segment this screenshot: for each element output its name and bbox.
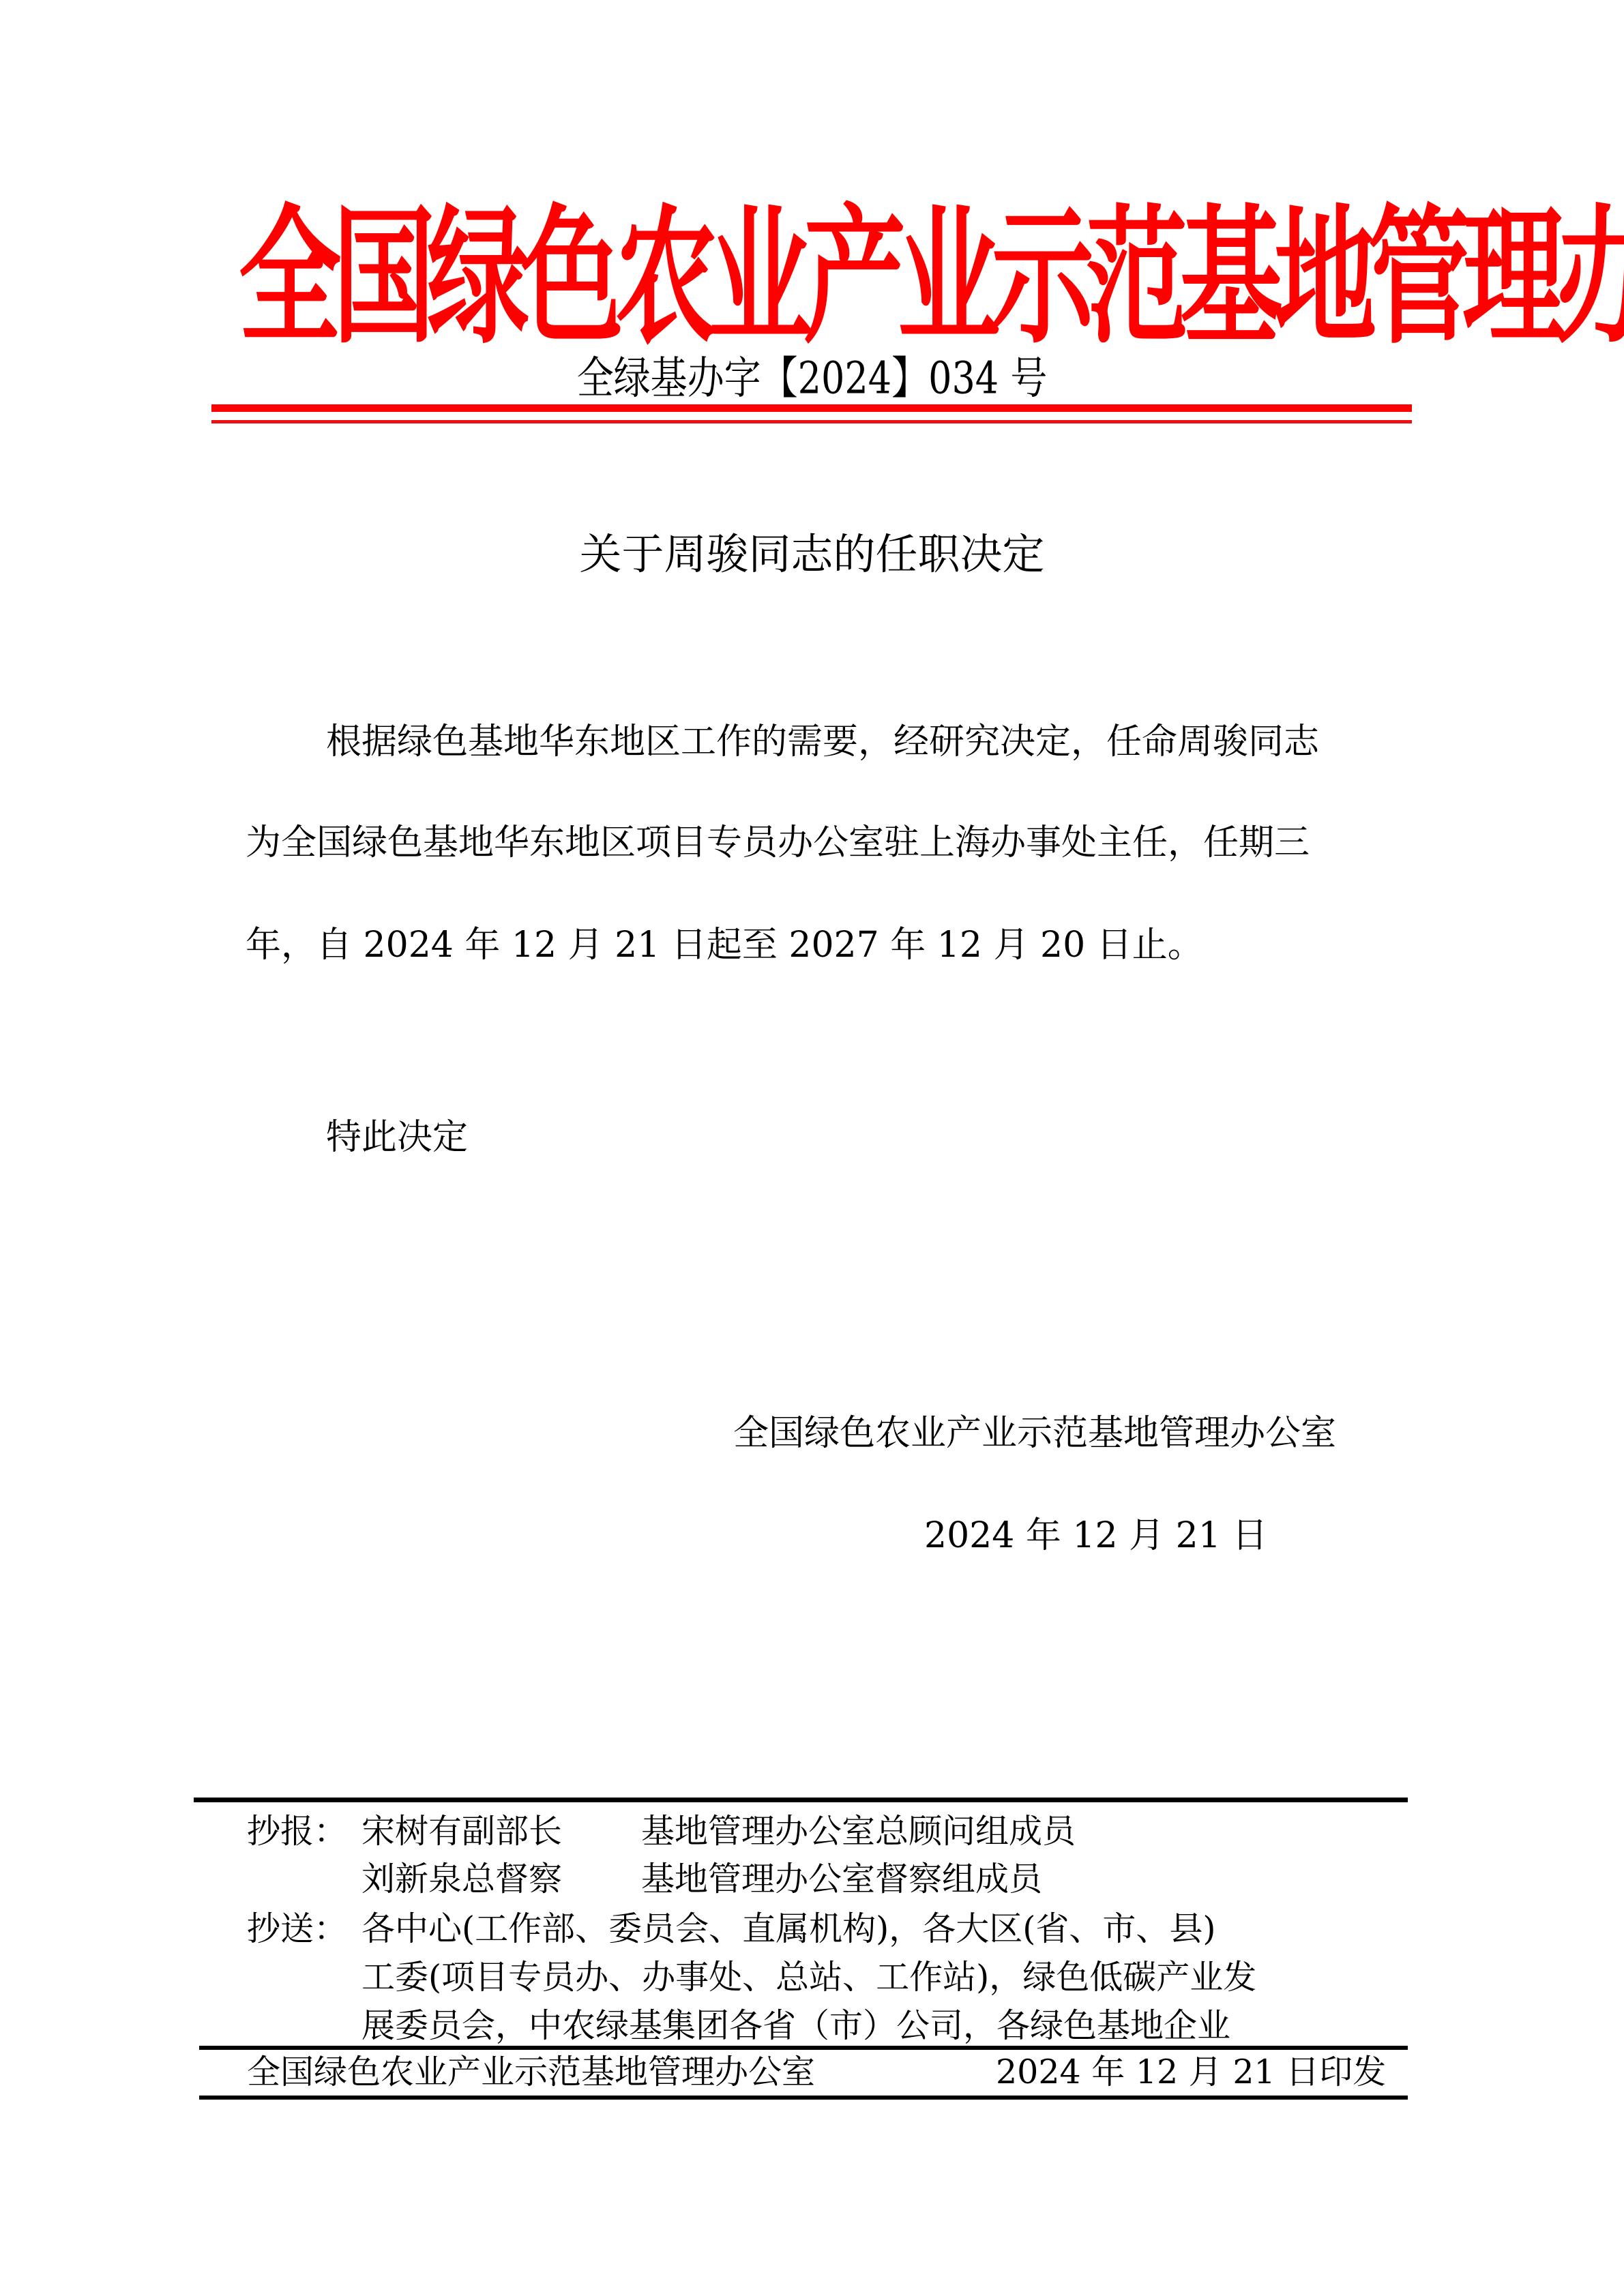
copy-to-line: 工委(项目专员办、办事处、总站、工作站)，绿色低碳产业发	[361, 1954, 1256, 2001]
footer-issue-date: 2024 年 12 月 21 日印发	[996, 2049, 1386, 2096]
copy-to-row: 抄送：各中心(工作部、委员会、直属机构)，各大区(省、市、县)	[247, 1906, 1215, 1952]
body-paragraph-line: 根据绿色基地华东地区工作的需要，经研究决定，任命周骏同志	[326, 715, 1319, 769]
red-divider-thin	[211, 420, 1412, 423]
document-title: 关于周骏同志的任职决定	[0, 524, 1624, 585]
distribution-bottom-rule	[199, 2096, 1408, 2100]
distribution-top-rule	[194, 1798, 1408, 1802]
report-to-row: 刘新泉总督察基地管理办公室督察组成员	[247, 1856, 1042, 1903]
recipient-role: 基地管理办公室总顾问组成员	[641, 1812, 1076, 1851]
signature-date: 2024 年 12 月 21 日	[924, 1508, 1267, 1563]
recipient-name: 刘新泉总督察	[361, 1856, 641, 1903]
report-to-row: 抄报：宋树有副部长基地管理办公室总顾问组成员	[247, 1808, 1076, 1855]
recipient-name: 宋树有副部长	[361, 1808, 641, 1855]
document-number: 全绿基办字【2024】034 号	[0, 350, 1624, 407]
closing-statement: 特此决定	[326, 1110, 468, 1165]
body-paragraph-line: 为全国绿色基地华东地区项目专员办公室驻上海办事处主任，任期三	[246, 816, 1310, 870]
copy-label: 抄送：	[247, 1906, 361, 1952]
report-label: 抄报：	[247, 1808, 361, 1855]
recipient-role: 基地管理办公室督察组成员	[641, 1860, 1042, 1898]
red-divider-thick	[211, 404, 1412, 412]
signature-organization: 全国绿色农业产业示范基地管理办公室	[733, 1406, 1336, 1461]
copy-to-line: 展委员会，中农绿基集团各省（市）公司，各绿色基地企业	[361, 2003, 1230, 2049]
footer-issuer: 全国绿色农业产业示范基地管理办公室	[247, 2049, 815, 2096]
body-paragraph-line: 年，自 2024 年 12 月 21 日起至 2027 年 12 月 20 日止…	[246, 918, 1203, 972]
copy-to-line: 各中心(工作部、委员会、直属机构)，各大区(省、市、县)	[361, 1909, 1215, 1948]
